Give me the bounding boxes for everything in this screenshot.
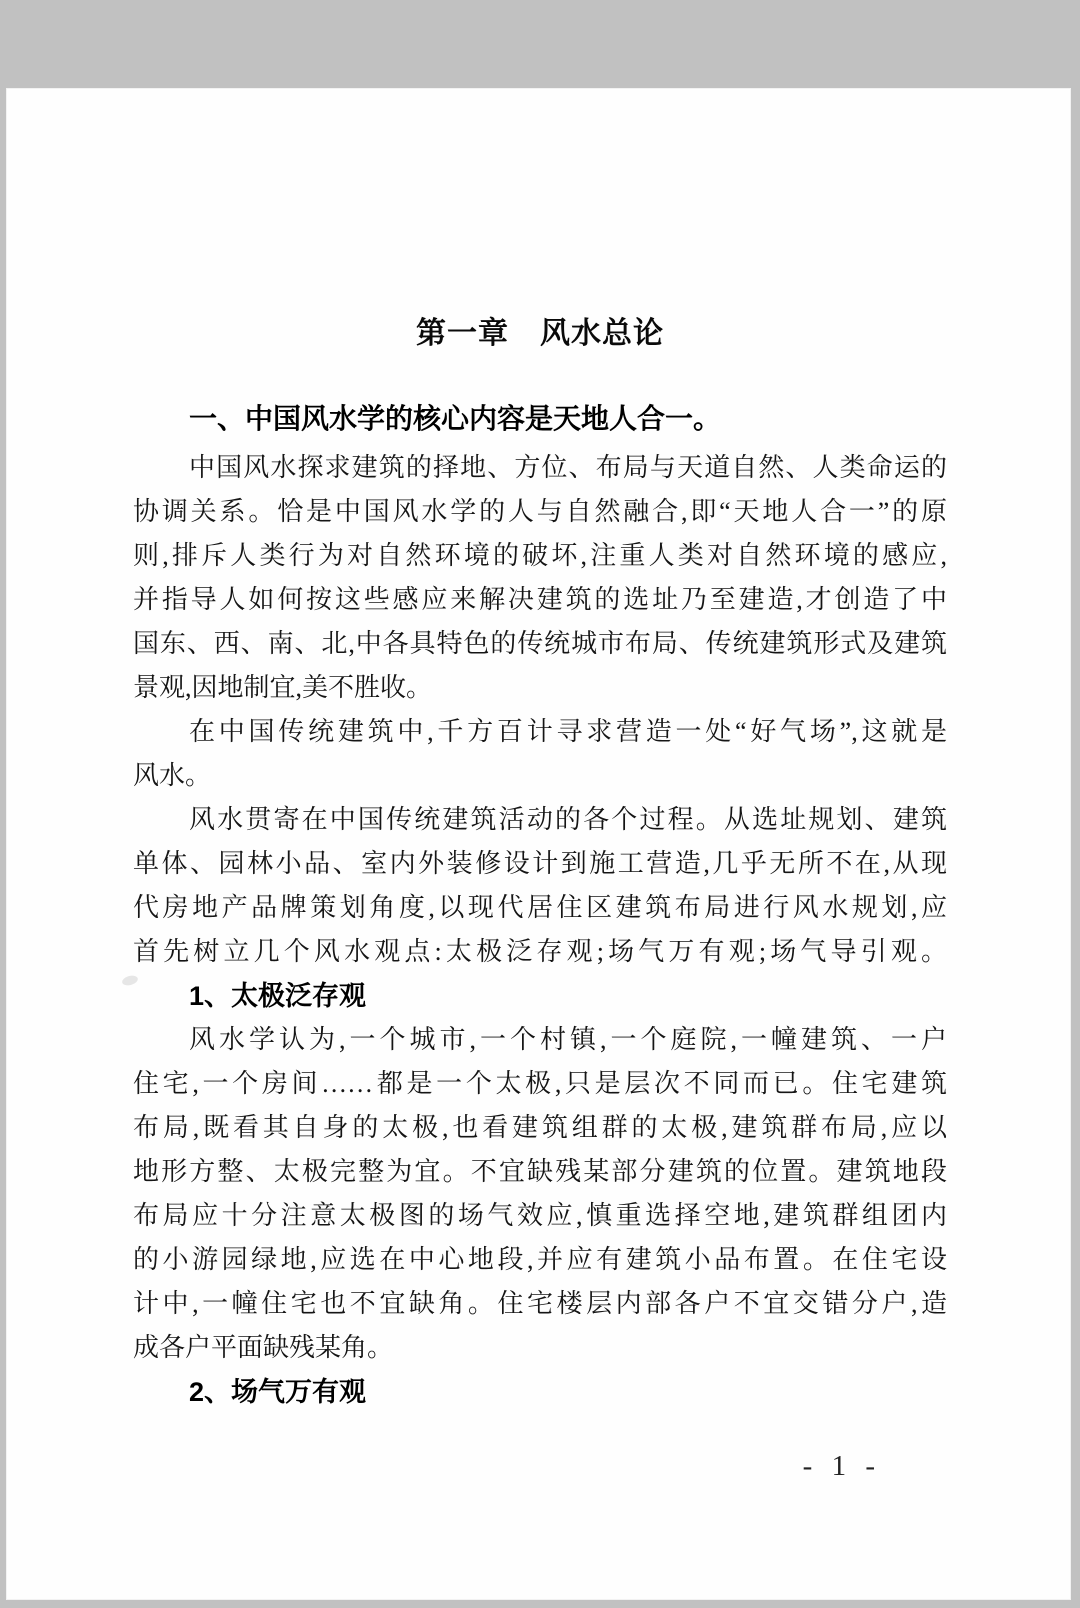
text-flow: 一、中国风水学的核心内容是天地人合一。中国风水探求建筑的择地、方位、布局与天道自… xyxy=(133,392,947,1414)
page-number: - 1 - xyxy=(803,1448,881,1484)
subsection-heading: 1、太极泛存观 xyxy=(133,974,947,1018)
text-line: 中国风水探求建筑的择地、方位、布局与天道自然、人类命运的 xyxy=(133,446,947,490)
text-line: 地形方整、太极完整为宜。不宜缺残某部分建筑的位置。建筑地段 xyxy=(133,1150,947,1194)
text-line: 住宅,一个房间……都是一个太极,只是层次不同而已。住宅建筑 xyxy=(133,1062,947,1106)
text-line: 的小游园绿地,应选在中心地段,并应有建筑小品布置。在住宅设 xyxy=(133,1238,947,1282)
text-line: 布局,既看其自身的太极,也看建筑组群的太极,建筑群布局,应以 xyxy=(133,1106,947,1150)
text-line: 风水。 xyxy=(133,754,947,798)
text-line: 国东、西、南、北,中各具特色的传统城市布局、传统建筑形式及建筑 xyxy=(133,622,947,666)
text-line: 景观,因地制宜,美不胜收。 xyxy=(133,666,947,710)
text-line: 风水学认为,一个城市,一个村镇,一个庭院,一幢建筑、一户 xyxy=(133,1018,947,1062)
scanned-book-page-screenshot: { "colors": { "scan_surround": "#c1c1c1"… xyxy=(0,0,1080,1608)
book-page-paper: 第一章 风水总论 一、中国风水学的核心内容是天地人合一。中国风水探求建筑的择地、… xyxy=(6,88,1071,1600)
text-line: 计中,一幢住宅也不宜缺角。住宅楼层内部各户不宜交错分户,造 xyxy=(133,1282,947,1326)
text-line: 则,排斥人类行为对自然环境的破坏,注重人类对自然环境的感应, xyxy=(133,534,947,578)
text-line: 风水贯寄在中国传统建筑活动的各个过程。从选址规划、建筑 xyxy=(133,798,947,842)
text-line: 布局应十分注意太极图的场气效应,慎重选择空地,建筑群组团内 xyxy=(133,1194,947,1238)
text-line: 在中国传统建筑中,千方百计寻求营造一处“好气场”,这就是 xyxy=(133,710,947,754)
subsection-heading: 2、场气万有观 xyxy=(133,1370,947,1414)
text-line: 并指导人如何按这些感应来解决建筑的选址乃至建造,才创造了中 xyxy=(133,578,947,622)
chapter-title: 第一章 风水总论 xyxy=(133,312,947,356)
text-line: 协调关系。恰是中国风水学的人与自然融合,即“天地人合一”的原 xyxy=(133,490,947,534)
text-line: 成各户平面缺残某角。 xyxy=(133,1326,947,1370)
text-line: 代房地产品牌策划角度,以现代居住区建筑布局进行风水规划,应 xyxy=(133,886,947,930)
text-line: 首先树立几个风水观点:太极泛存观;场气万有观;场气导引观。 xyxy=(133,930,947,974)
text-line: 单体、园林小品、室内外装修设计到施工营造,几乎无所不在,从现 xyxy=(133,842,947,886)
section-heading: 一、中国风水学的核心内容是天地人合一。 xyxy=(133,392,947,446)
